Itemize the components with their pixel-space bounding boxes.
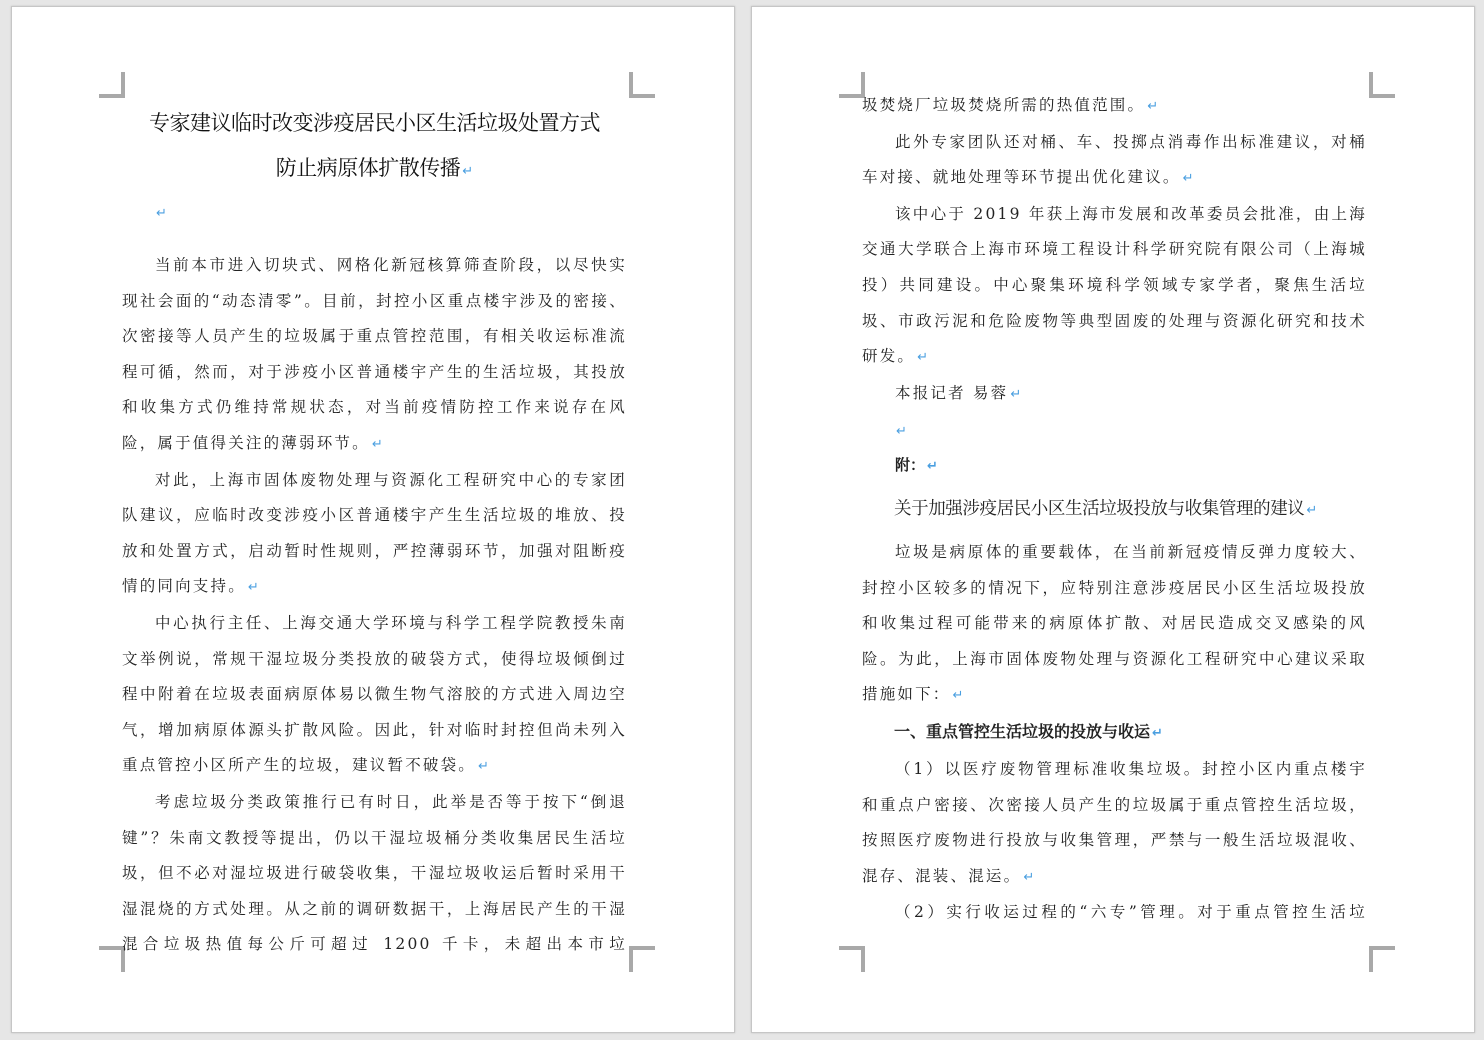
paragraph-mark-icon: ↵ bbox=[1023, 870, 1034, 885]
margin-corner-mark bbox=[629, 946, 655, 972]
list-item[interactable]: （2）实行收运过程的“六专”管理。对于重点管控生活垃 bbox=[862, 895, 1367, 931]
paragraph-mark-icon: ↵ bbox=[1306, 503, 1317, 518]
margin-corner-mark bbox=[1369, 946, 1395, 972]
paragraph-mark-icon: ↵ bbox=[1152, 726, 1163, 741]
byline[interactable]: 本报记者 易蓉↵ bbox=[862, 376, 1367, 413]
list-item[interactable]: （1）以医疗废物管理标准收集垃圾。封控小区内重点楼宇和重点户密接、次密接人员产生… bbox=[862, 752, 1367, 895]
paragraph-mark-icon: ↵ bbox=[248, 580, 259, 595]
title-line-2: 防止病原体扩散传播↵ bbox=[108, 146, 641, 194]
paragraph-mark-icon: ↵ bbox=[896, 424, 907, 439]
attachment-title[interactable]: 关于加强涉疫居民小区生活垃圾投放与收集管理的建议↵ bbox=[862, 485, 1367, 535]
continued-paragraph[interactable]: 圾焚烧厂垃圾焚烧所需的热值范围。↵ bbox=[862, 88, 1367, 125]
paragraph-mark-icon: ↵ bbox=[372, 437, 383, 452]
document-page-1: 专家建议临时改变涉疫居民小区生活垃圾处置方式 防止病原体扩散传播↵ ↵ 当前本市… bbox=[11, 6, 735, 1033]
document-page-2: 圾焚烧厂垃圾焚烧所需的热值范围。↵ 此外专家团队还对桶、车、投掷点消毒作出标准建… bbox=[751, 6, 1475, 1033]
paragraph-mark-icon: ↵ bbox=[1147, 99, 1158, 114]
margin-corner-mark bbox=[1369, 72, 1395, 98]
attachment-label[interactable]: 附：↵ bbox=[862, 448, 1367, 485]
title-line-1: 专家建议临时改变涉疫居民小区生活垃圾处置方式 bbox=[108, 101, 641, 146]
body-paragraph[interactable]: 垃圾是病原体的重要载体，在当前新冠疫情反弹力度较大、封控小区较多的情况下，应特别… bbox=[862, 535, 1367, 714]
paragraph-mark-icon: ↵ bbox=[927, 459, 938, 474]
page-1-body[interactable]: 专家建议临时改变涉疫居民小区生活垃圾处置方式 防止病原体扩散传播↵ ↵ 当前本市… bbox=[122, 93, 627, 963]
section-heading[interactable]: 一、重点管控生活垃圾的投放与收运↵ bbox=[862, 714, 1367, 752]
empty-paragraph: ↵ bbox=[862, 412, 1367, 448]
body-paragraph[interactable]: 该中心于 2019 年获上海市发展和改革委员会批准，由上海交通大学联合上海市环境… bbox=[862, 197, 1367, 376]
paragraph-mark-icon: ↵ bbox=[953, 688, 964, 703]
body-paragraph[interactable]: 中心执行主任、上海交通大学环境与科学工程学院教授朱南文举例说，常规干湿垃圾分类投… bbox=[122, 606, 627, 785]
margin-corner-mark bbox=[629, 72, 655, 98]
body-paragraph[interactable]: 此外专家团队还对桶、车、投掷点消毒作出标准建议，对桶车对接、就地处理等环节提出优… bbox=[862, 125, 1367, 197]
body-paragraph[interactable]: 考虑垃圾分类政策推行已有时日，此举是否等于按下“倒退键”？朱南文教授等提出，仍以… bbox=[122, 785, 627, 963]
page-2-body[interactable]: 圾焚烧厂垃圾焚烧所需的热值范围。↵ 此外专家团队还对桶、车、投掷点消毒作出标准建… bbox=[862, 88, 1367, 931]
paragraph-mark-icon: ↵ bbox=[917, 350, 928, 365]
paragraph-mark-icon: ↵ bbox=[1010, 387, 1021, 402]
body-paragraph[interactable]: 当前本市进入切块式、网格化新冠核算筛查阶段，以尽快实现社会面的“动态清零”。目前… bbox=[122, 248, 627, 463]
margin-corner-mark bbox=[839, 946, 865, 972]
document-title[interactable]: 专家建议临时改变涉疫居民小区生活垃圾处置方式 防止病原体扩散传播↵ bbox=[108, 101, 641, 194]
paragraph-mark-icon: ↵ bbox=[478, 759, 489, 774]
paragraph-mark-icon: ↵ bbox=[1183, 171, 1194, 186]
body-paragraph[interactable]: 对此，上海市固体废物处理与资源化工程研究中心的专家团队建议，应临时改变涉疫小区普… bbox=[122, 463, 627, 606]
paragraph-mark-icon: ↵ bbox=[462, 164, 473, 179]
paragraph-mark-icon: ↵ bbox=[156, 206, 167, 221]
empty-paragraph: ↵ bbox=[122, 194, 627, 230]
